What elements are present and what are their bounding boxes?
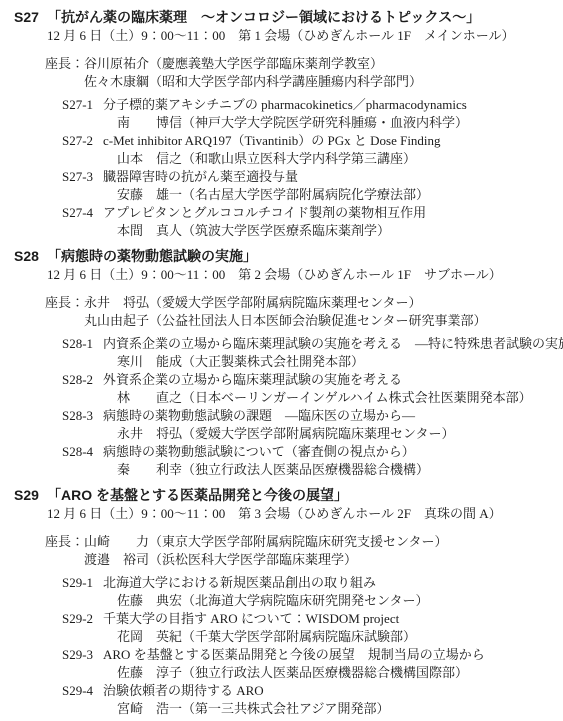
speaker-affiliation: （神戸大学大学院医学研究科腫瘍・血液内科学） — [182, 115, 468, 130]
session-datetime-venue: 12 月 6 日（土）9：00～11：00 第 3 会場（ひめぎんホール 2F … — [47, 505, 555, 523]
chair-row: 丸山由起子（公益社団法人日本医師会治験促進センター研究事業部） — [45, 312, 555, 330]
talk-title: 内資系企業の立場から臨床薬理試験の実施を考える ―特に特殊患者試験の実施について — [103, 336, 563, 351]
speaker-name: 南 博信 — [117, 115, 182, 130]
speaker-name: 本間 真人 — [117, 223, 182, 238]
talk-item: S28-4病態時の薬物動態試験について（審査側の視点から） 秦 利幸（独立行政法… — [62, 443, 555, 479]
speaker-affiliation: （日本ベーリンガーインゲルハイム株式会社医薬開発本部） — [182, 390, 532, 405]
session-chairs: 座長：山崎 力（東京大学医学部附属病院臨床研究支援センター） 渡邉 裕司（浜松医… — [45, 533, 555, 569]
session-chairs: 座長：谷川原祐介（慶應義塾大学医学部臨床薬剤学教室） 佐々木康綱（昭和大学医学部… — [45, 55, 555, 91]
talk-item: S27-2c-Met inhibitor ARQ197（Tivantinib）の… — [62, 132, 555, 168]
talk-number: S27-3 — [62, 168, 103, 186]
talk-item: S27-1分子標的薬アキシチニブの pharmacokinetics／pharm… — [62, 96, 555, 132]
talk-list: S27-1分子標的薬アキシチニブの pharmacokinetics／pharm… — [62, 96, 555, 240]
speaker-affiliation: （千葉大学医学部附属病院臨床試験部） — [182, 629, 416, 644]
chair-affiliation: （東京大学医学部附属病院臨床研究支援センター） — [149, 534, 447, 549]
speaker-affiliation: （名古屋大学医学部附属病院化学療法部） — [182, 187, 429, 202]
session-header: S27「抗がん薬の臨床薬理 〜オンコロジー領域におけるトピックス〜」 — [14, 7, 555, 27]
talk-title: c-Met inhibitor ARQ197（Tivantinib）の PGx … — [103, 133, 441, 148]
chair-name: 佐々木康綱 — [84, 74, 149, 89]
chair-row: 座長：山崎 力（東京大学医学部附属病院臨床研究支援センター） — [45, 533, 555, 551]
speaker-name: 秦 利幸 — [117, 462, 182, 477]
program-page: S27「抗がん薬の臨床薬理 〜オンコロジー領域におけるトピックス〜」 12 月 … — [0, 0, 563, 721]
chair-affiliation: （公益社団法人日本医師会治験促進センター研究事業部） — [149, 313, 486, 328]
talk-number: S28-3 — [62, 407, 103, 425]
talk-item: S29-2千葉大学の目指す ARO について：WISDOM project 花岡… — [62, 610, 555, 646]
speaker-affiliation: （筑波大学医学医療系臨床薬剤学） — [182, 223, 390, 238]
speaker-name: 宮崎 浩一 — [117, 701, 182, 716]
talk-title: 病態時の薬物動態試験の課題 ―臨床医の立場から― — [103, 408, 415, 423]
speaker-affiliation: （大正製薬株式会社開発本部） — [182, 354, 364, 369]
speaker-name: 永井 将弘 — [117, 426, 182, 441]
chair-label: 座長： — [45, 534, 84, 549]
speaker-name: 山本 信之 — [117, 151, 182, 166]
chair-name: 渡邉 裕司 — [84, 552, 149, 567]
speaker-name: 佐藤 典宏 — [117, 593, 182, 608]
speaker-name: 花岡 英紀 — [117, 629, 182, 644]
session-datetime-venue: 12 月 6 日（土）9：00～11：00 第 2 会場（ひめぎんホール 1F … — [47, 266, 555, 284]
session-id: S28 — [14, 246, 47, 266]
talk-title: ARO を基盤とする医薬品開発と今後の展望 規制当局の立場から — [103, 647, 485, 662]
speaker-name: 林 直之 — [117, 390, 182, 405]
talk-item: S28-2外資系企業の立場から臨床薬理試験の実施を考える 林 直之（日本ベーリン… — [62, 371, 555, 407]
talk-number: S27-4 — [62, 204, 103, 222]
talk-number: S28-4 — [62, 443, 103, 461]
talk-number: S29-3 — [62, 646, 103, 664]
speaker-affiliation: （愛媛大学医学部附属病院臨床薬理センター） — [182, 426, 454, 441]
talk-title: 治験依頼者の期待する ARO — [103, 683, 264, 698]
chair-row: 佐々木康綱（昭和大学医学部内科学講座腫瘍内科学部門） — [45, 73, 555, 91]
speaker-affiliation: （独立行政法人医薬品医療機器総合機構） — [182, 462, 429, 477]
chair-row: 座長：谷川原祐介（慶應義塾大学医学部臨床薬剤学教室） — [45, 55, 555, 73]
session-title: 「抗がん薬の臨床薬理 〜オンコロジー領域におけるトピックス〜」 — [47, 9, 480, 25]
chair-affiliation: （浜松医科大学医学部臨床薬理学） — [149, 552, 357, 567]
chair-label: 座長： — [45, 295, 84, 310]
talk-number: S28-1 — [62, 335, 103, 353]
session-id: S27 — [14, 7, 47, 27]
chair-name: 谷川原祐介 — [84, 56, 149, 71]
speaker-name: 寒川 能成 — [117, 354, 182, 369]
talk-title: 病態時の薬物動態試験について（審査側の視点から） — [103, 444, 415, 459]
talk-number: S29-4 — [62, 682, 103, 700]
session-block-s28: S28「病態時の薬物動態試験の実施」 12 月 6 日（土）9：00～11：00… — [14, 246, 555, 479]
speaker-name: 佐藤 淳子 — [117, 665, 182, 680]
session-datetime-venue: 12 月 6 日（土）9：00～11：00 第 1 会場（ひめぎんホール 1F … — [47, 27, 555, 45]
talk-item: S27-4アプレピタンとグルココルチコイド製剤の薬物相互作用 本間 真人（筑波大… — [62, 204, 555, 240]
talk-title: 千葉大学の目指す ARO について：WISDOM project — [103, 611, 399, 626]
chair-affiliation: （慶應義塾大学医学部臨床薬剤学教室） — [149, 56, 383, 71]
talk-title: 臓器障害時の抗がん薬至適投与量 — [103, 169, 298, 184]
talk-item: S29-4治験依頼者の期待する ARO 宮崎 浩一（第一三共株式会社アジア開発部… — [62, 682, 555, 718]
session-block-s29: S29「ARO を基盤とする医薬品開発と今後の展望」 12 月 6 日（土）9：… — [14, 485, 555, 718]
session-title: 「病態時の薬物動態試験の実施」 — [47, 248, 257, 264]
speaker-name: 安藤 雄一 — [117, 187, 182, 202]
session-id: S29 — [14, 485, 47, 505]
chair-row: 渡邉 裕司（浜松医科大学医学部臨床薬理学） — [45, 551, 555, 569]
speaker-affiliation: （第一三共株式会社アジア開発部） — [182, 701, 389, 716]
chair-label: 座長： — [45, 56, 84, 71]
talk-list: S28-1内資系企業の立場から臨床薬理試験の実施を考える ―特に特殊患者試験の実… — [62, 335, 555, 479]
talk-item: S28-1内資系企業の立場から臨床薬理試験の実施を考える ―特に特殊患者試験の実… — [62, 335, 555, 371]
speaker-affiliation: （和歌山県立医科大学内科学第三講座） — [182, 151, 416, 166]
talk-number: S29-2 — [62, 610, 103, 628]
talk-title: 北海道大学における新規医薬品創出の取り組み — [103, 575, 376, 590]
chair-affiliation: （愛媛大学医学部附属病院臨床薬理センター） — [149, 295, 421, 310]
chair-name: 山崎 力 — [84, 534, 149, 549]
talk-item: S29-1北海道大学における新規医薬品創出の取り組み 佐藤 典宏（北海道大学病院… — [62, 574, 555, 610]
chair-name: 永井 将弘 — [84, 295, 149, 310]
talk-number: S27-1 — [62, 96, 103, 114]
speaker-affiliation: （北海道大学病院臨床研究開発センター） — [182, 593, 428, 608]
talk-item: S29-3ARO を基盤とする医薬品開発と今後の展望 規制当局の立場から 佐藤 … — [62, 646, 555, 682]
talk-title: アプレピタンとグルココルチコイド製剤の薬物相互作用 — [103, 205, 426, 220]
chair-affiliation: （昭和大学医学部内科学講座腫瘍内科学部門） — [149, 74, 422, 89]
session-title: 「ARO を基盤とする医薬品開発と今後の展望」 — [47, 487, 348, 503]
speaker-affiliation: （独立行政法人医薬品医療機器総合機構国際部） — [182, 665, 468, 680]
talk-number: S27-2 — [62, 132, 103, 150]
talk-title: 外資系企業の立場から臨床薬理試験の実施を考える — [103, 372, 402, 387]
talk-number: S28-2 — [62, 371, 103, 389]
session-header: S29「ARO を基盤とする医薬品開発と今後の展望」 — [14, 485, 555, 505]
talk-item: S27-3臓器障害時の抗がん薬至適投与量 安藤 雄一（名古屋大学医学部附属病院化… — [62, 168, 555, 204]
chair-name: 丸山由起子 — [84, 313, 149, 328]
talk-list: S29-1北海道大学における新規医薬品創出の取り組み 佐藤 典宏（北海道大学病院… — [62, 574, 555, 718]
session-header: S28「病態時の薬物動態試験の実施」 — [14, 246, 555, 266]
session-chairs: 座長：永井 将弘（愛媛大学医学部附属病院臨床薬理センター） 丸山由起子（公益社団… — [45, 294, 555, 330]
chair-row: 座長：永井 将弘（愛媛大学医学部附属病院臨床薬理センター） — [45, 294, 555, 312]
talk-item: S28-3病態時の薬物動態試験の課題 ―臨床医の立場から― 永井 将弘（愛媛大学… — [62, 407, 555, 443]
talk-title: 分子標的薬アキシチニブの pharmacokinetics／pharmacody… — [103, 97, 467, 112]
talk-number: S29-1 — [62, 574, 103, 592]
session-block-s27: S27「抗がん薬の臨床薬理 〜オンコロジー領域におけるトピックス〜」 12 月 … — [14, 7, 555, 240]
